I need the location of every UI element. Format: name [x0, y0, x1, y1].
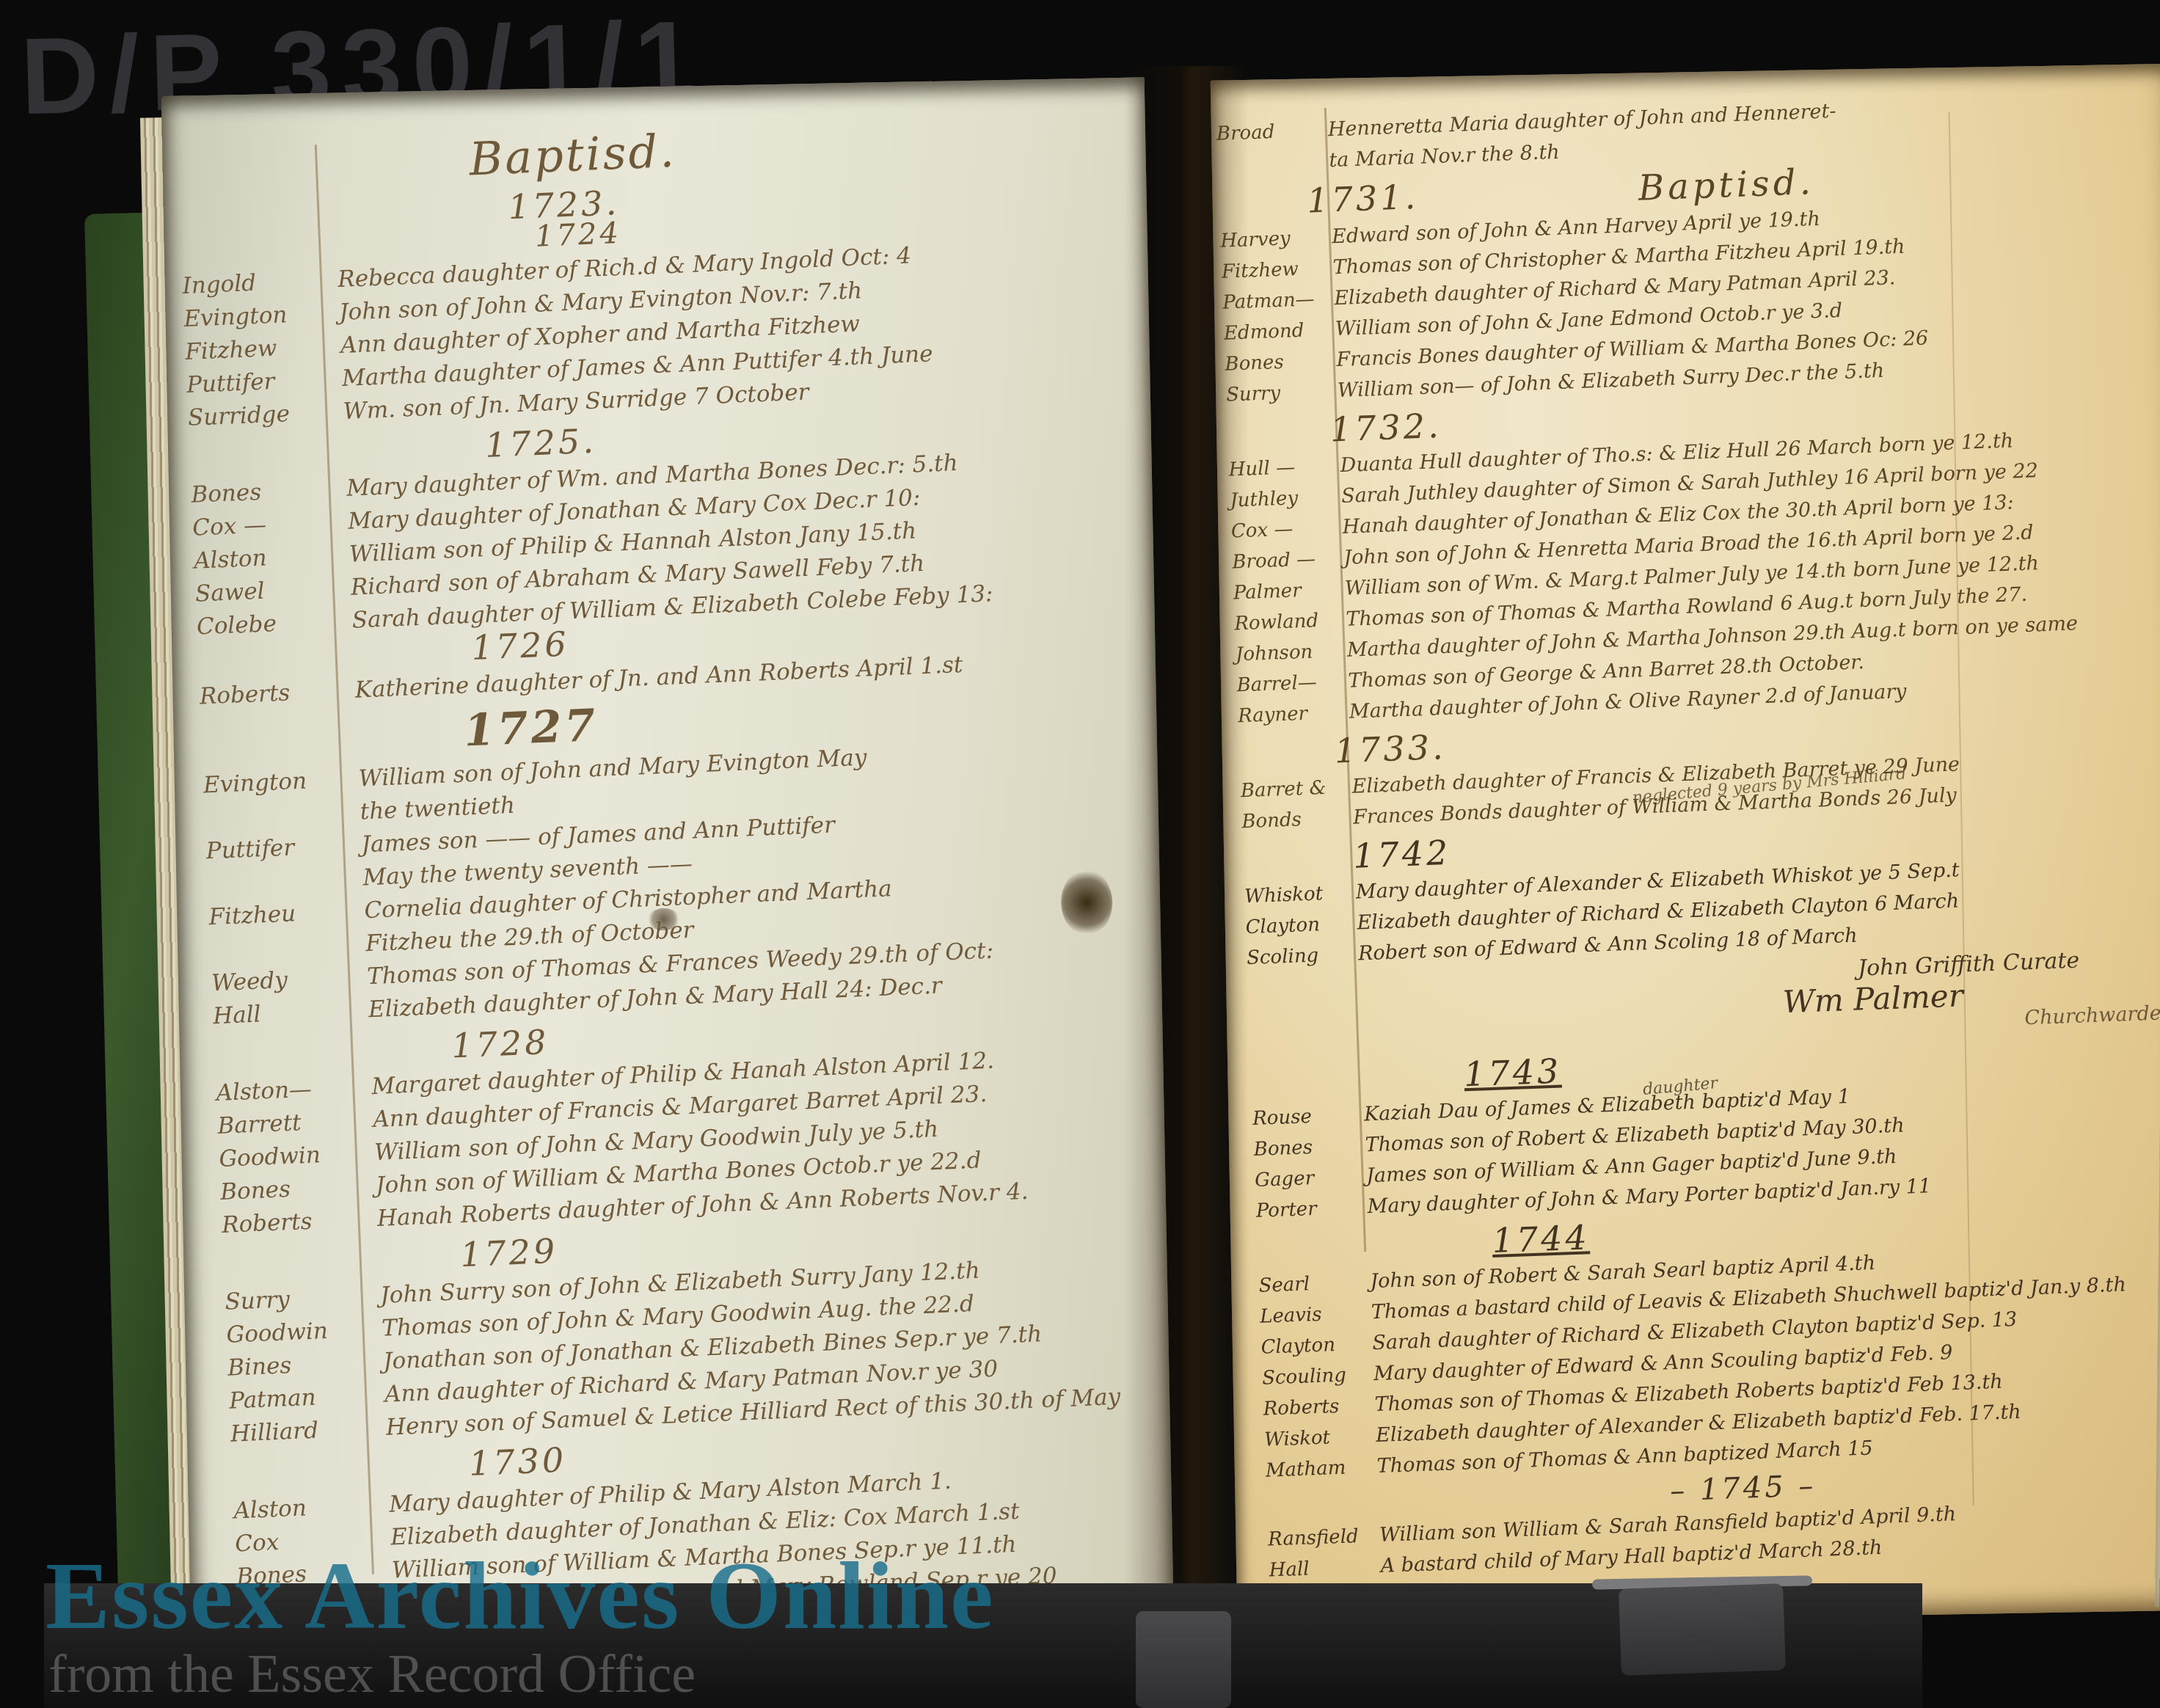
- entry-surname: Evington: [186, 763, 361, 836]
- entry-surname: Clayton: [1253, 1328, 1373, 1363]
- entry-surname: Barret &: [1233, 772, 1352, 807]
- entry-surname: Porter: [1248, 1191, 1368, 1227]
- entry-surname: Roberts: [1255, 1390, 1375, 1425]
- entry-surname: Ransfield: [1260, 1520, 1380, 1555]
- entry-surname: Hilliard: [214, 1412, 387, 1452]
- entry-surname: Searl: [1251, 1266, 1371, 1302]
- left-page-entries: 1723.1724IngoldRebecca daughter of Rich.…: [163, 161, 1174, 1645]
- register-section: 1732.Hull —Duanta Hull daughter of Tho.s…: [1219, 379, 2160, 732]
- register-section: 1729SurryJohn Surry son of John & Elizab…: [206, 1205, 1174, 1452]
- entry-surname: Wiskot: [1257, 1420, 1376, 1456]
- entry-surname: Bones: [1246, 1130, 1365, 1165]
- register-section: 1731.Baptisd.HarveyEdward son of John & …: [1211, 149, 2160, 411]
- entry-surname: Whiskot: [1236, 877, 1356, 913]
- cradle-foot: [1136, 1611, 1231, 1708]
- baptisd-heading: Baptisd.: [1638, 161, 1815, 209]
- register-section: 1727EvingtonWilliam son of John and Mary…: [184, 677, 1156, 1034]
- entry-surname: Bonds: [1234, 803, 1354, 838]
- entry-surname: Puttifer: [189, 828, 364, 902]
- entry-surname: Scouling: [1254, 1359, 1373, 1394]
- entry-surname: Matham: [1258, 1451, 1377, 1486]
- register-section: 1744SearlJohn son of Robert & Sarah Sear…: [1249, 1195, 2160, 1486]
- entry-surname: Leavis: [1252, 1297, 1371, 1332]
- record-office-watermark: from the Essex Record Office: [48, 1643, 696, 1706]
- register-book: Baptisd. 1723.1724IngoldRebecca daughter…: [88, 29, 2120, 1621]
- photograph-background: D/P 330/1/1 Baptisd. 1723.1724IngoldRebe…: [0, 0, 2160, 1708]
- entry-surname: Clayton: [1238, 908, 1357, 944]
- entry-surname: Hall: [196, 993, 369, 1034]
- register-section: 1724IngoldRebecca daughter of Rich.d & M…: [164, 195, 1131, 436]
- right-page-entries: BroadHenneretta Maria daughter of John a…: [1211, 84, 2160, 1586]
- entry-surname: Rouse: [1244, 1099, 1364, 1134]
- register-section: 1725.BonesMary daughter of Wm. and Marth…: [172, 398, 1140, 645]
- entry-surname: Gager: [1247, 1161, 1367, 1196]
- register-section: 1742WhiskotMary daughter of Alexander & …: [1235, 806, 2160, 1058]
- entry-surname: Hall: [1261, 1551, 1381, 1586]
- essex-archives-watermark: Essex Archives Online: [45, 1539, 995, 1652]
- register-section: 1743RousedaughterKaziah Dau of James & E…: [1243, 1028, 2160, 1227]
- entry-surname: Roberts: [183, 674, 356, 715]
- right-page: BroadHenneretta Maria daughter of John a…: [1211, 64, 2160, 1627]
- book-gutter-shadow: [1124, 66, 1249, 1629]
- left-page: Baptisd. 1723.1724IngoldRebecca daughter…: [161, 77, 1174, 1645]
- entry-surname: Surridge: [171, 395, 344, 436]
- entry-surname: Roberts: [205, 1202, 378, 1243]
- entry-surname: Scoling: [1238, 939, 1358, 974]
- entry-surname: Fitzheu: [192, 894, 367, 968]
- cradle-foot: [1619, 1583, 1786, 1676]
- register-section: 1728Alston—Margaret daughter of Philip &…: [197, 996, 1165, 1243]
